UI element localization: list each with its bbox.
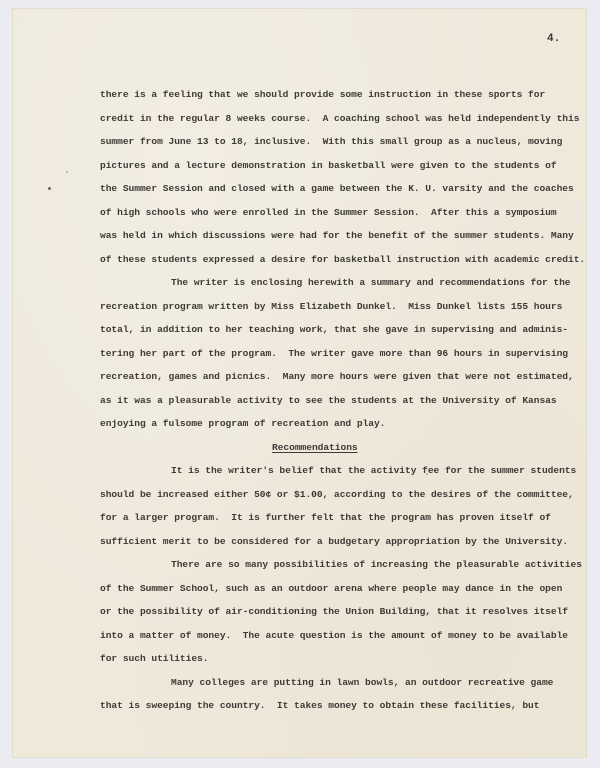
document-body: there is a feeling that we should provid…: [100, 83, 580, 718]
text-line: enjoying a fulsome program of recreation…: [100, 412, 580, 436]
text-line: There are so many possibilities of incre…: [100, 553, 580, 577]
section-heading: Recommendations: [100, 436, 580, 460]
text-line: Many colleges are putting in lawn bowls,…: [100, 671, 580, 695]
paragraph: It is the writer's belief that the activ…: [100, 459, 580, 553]
paper-speck: [66, 171, 68, 173]
text-line: into a matter of money. The acute questi…: [100, 624, 580, 648]
text-line: as it was a pleasurable activity to see …: [100, 389, 580, 413]
text-line: credit in the regular 8 weeks course. A …: [100, 107, 580, 131]
paragraph: Many colleges are putting in lawn bowls,…: [100, 671, 580, 718]
text-line: there is a feeling that we should provid…: [100, 83, 580, 107]
paragraph: There are so many possibilities of incre…: [100, 553, 580, 671]
text-line: It is the writer's belief that the activ…: [100, 459, 580, 483]
text-line: should be increased either 50¢ or $1.00,…: [100, 483, 580, 507]
text-line: was held in which discussions were had f…: [100, 224, 580, 248]
text-line: summer from June 13 to 18, inclusive. Wi…: [100, 130, 580, 154]
text-line: that is sweeping the country. It takes m…: [100, 694, 580, 718]
text-line: of these students expressed a desire for…: [100, 248, 580, 272]
page-number: 4.: [547, 33, 560, 45]
paragraph: there is a feeling that we should provid…: [100, 83, 580, 271]
text-line: of the Summer School, such as an outdoor…: [100, 577, 580, 601]
text-line: pictures and a lecture demonstration in …: [100, 154, 580, 178]
text-line: the Summer Session and closed with a gam…: [100, 177, 580, 201]
text-line: for such utilities.: [100, 647, 580, 671]
text-line: tering her part of the program. The writ…: [100, 342, 580, 366]
text-line: of high schools who were enrolled in the…: [100, 201, 580, 225]
paragraph: The writer is enclosing herewith a summa…: [100, 271, 580, 436]
text-line: sufficient merit to be considered for a …: [100, 530, 580, 554]
text-line: recreation, games and picnics. Many more…: [100, 365, 580, 389]
text-line: or the possibility of air-conditioning t…: [100, 600, 580, 624]
text-line: total, in addition to her teaching work,…: [100, 318, 580, 342]
text-line: The writer is enclosing herewith a summa…: [100, 271, 580, 295]
text-line: for a larger program. It is further felt…: [100, 506, 580, 530]
heading-text: Recommendations: [272, 442, 358, 453]
paper-speck: [48, 187, 51, 190]
text-line: recreation program written by Miss Eliza…: [100, 295, 580, 319]
